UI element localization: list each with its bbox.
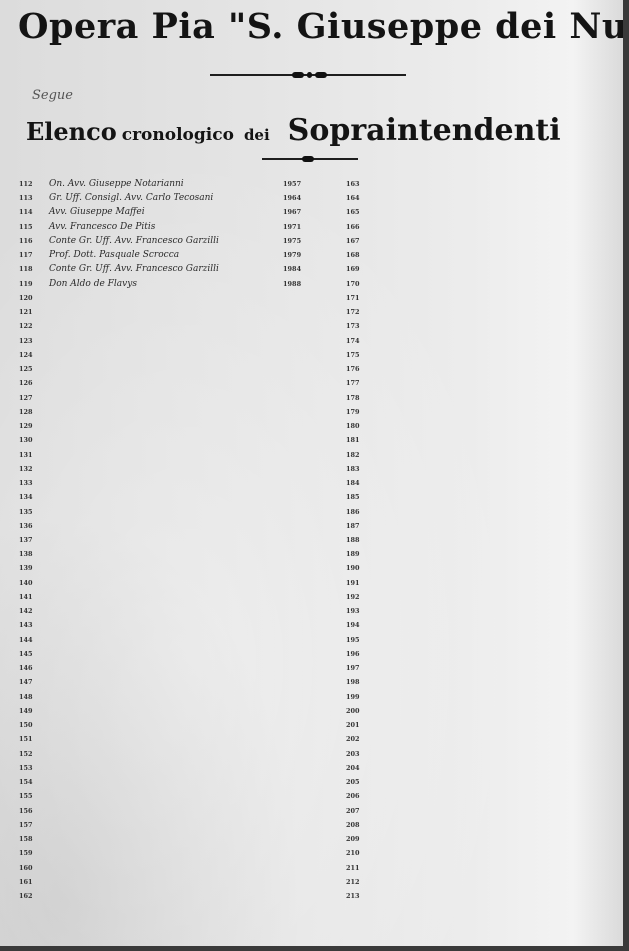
entry-number: 190 (346, 562, 360, 574)
subtitle-word-dei: dei (244, 126, 270, 144)
entry-year: 1979 (283, 249, 301, 261)
left-register-column: 112On. Avv. Giuseppe Notarianni1957113Gr… (19, 178, 319, 908)
entry-number: 194 (346, 619, 360, 631)
entry-year: 1957 (283, 178, 301, 190)
entry-name: On. Avv. Giuseppe Notarianni (49, 178, 184, 190)
entry-number: 165 (346, 206, 360, 218)
entry-number: 210 (346, 847, 360, 859)
entry-number: 131 (19, 449, 33, 461)
register-row: 161 (19, 876, 319, 888)
register-row: 144 (19, 634, 319, 646)
entry-number: 176 (346, 363, 360, 375)
entry-number: 155 (19, 790, 33, 802)
segue-label: Segue (32, 88, 73, 103)
entry-number: 178 (346, 392, 360, 404)
register-row: 141 (19, 591, 319, 603)
entry-number: 123 (19, 335, 33, 347)
entry-year: 1971 (283, 221, 301, 233)
register-row: 156 (19, 805, 319, 817)
entry-number: 179 (346, 406, 360, 418)
entry-number: 198 (346, 676, 360, 688)
register-row: 142 (19, 605, 319, 617)
entry-number: 116 (19, 235, 33, 247)
entry-number: 112 (19, 178, 33, 190)
entry-name: Conte Gr. Uff. Avv. Francesco Garzilli (49, 235, 219, 247)
entry-number: 200 (346, 705, 360, 717)
entry-number: 150 (19, 719, 33, 731)
page-shadow-edge (0, 946, 629, 951)
entry-year: 1975 (283, 235, 301, 247)
register-row: 130 (19, 434, 319, 446)
register-row: 131 (19, 449, 319, 461)
entry-number: 129 (19, 420, 33, 432)
entry-number: 208 (346, 819, 360, 831)
document-subtitle: ElencocronologicodeiSopraintendenti (26, 113, 561, 148)
entry-number: 147 (19, 676, 33, 688)
entry-number: 159 (19, 847, 33, 859)
register-row: 150 (19, 719, 319, 731)
entry-name: Gr. Uff. Consigl. Avv. Carlo Tecosani (49, 192, 213, 204)
register-row: 155 (19, 790, 319, 802)
entry-number: 127 (19, 392, 33, 404)
entry-number: 114 (19, 206, 33, 218)
entry-number: 120 (19, 292, 33, 304)
entry-name: Avv. Francesco De Pitis (49, 221, 155, 233)
entry-number: 170 (346, 278, 360, 290)
register-row: 133 (19, 477, 319, 489)
register-row: 134 (19, 491, 319, 503)
entry-number: 193 (346, 605, 360, 617)
entry-number: 201 (346, 719, 360, 731)
register-row: 148 (19, 691, 319, 703)
entry-number: 140 (19, 577, 33, 589)
document-title: Opera Pia "S. Giuseppe dei Nudi.. (18, 6, 618, 47)
entry-number: 128 (19, 406, 33, 418)
register-row: 137 (19, 534, 319, 546)
entry-number: 126 (19, 377, 33, 389)
entry-year: 1964 (283, 192, 301, 204)
entry-name: Don Aldo de Flavys (49, 278, 137, 290)
register-row: 159 (19, 847, 319, 859)
register-row: 151 (19, 733, 319, 745)
register-row: 117Prof. Dott. Pasquale Scrocca1979 (19, 249, 319, 261)
register-row: 143 (19, 619, 319, 631)
entry-number: 136 (19, 520, 33, 532)
entry-number: 161 (19, 876, 33, 888)
register-row: 149 (19, 705, 319, 717)
entry-number: 139 (19, 562, 33, 574)
entry-number: 137 (19, 534, 33, 546)
register-row: 160 (19, 862, 319, 874)
entry-number: 213 (346, 890, 360, 902)
register-row: 158 (19, 833, 319, 845)
register-row: 154 (19, 776, 319, 788)
title-divider (210, 74, 406, 76)
entry-year: 1984 (283, 263, 301, 275)
entry-number: 173 (346, 320, 360, 332)
entry-number: 182 (346, 449, 360, 461)
right-register-column: 1631641651661671681691701711721731741751… (346, 178, 406, 908)
entry-number: 121 (19, 306, 33, 318)
entry-number: 169 (346, 263, 360, 275)
entry-number: 183 (346, 463, 360, 475)
register-row: 125 (19, 363, 319, 375)
register-row: 120 (19, 292, 319, 304)
subtitle-word-sopraintendenti: Sopraintendenti (288, 113, 561, 148)
entry-number: 187 (346, 520, 360, 532)
entry-number: 124 (19, 349, 33, 361)
entry-number: 156 (19, 805, 33, 817)
entry-year: 1988 (283, 278, 301, 290)
register-row: 122 (19, 320, 319, 332)
entry-number: 113 (19, 192, 33, 204)
entry-name: Avv. Giuseppe Maffei (49, 206, 145, 218)
register-row: 146 (19, 662, 319, 674)
divider-ornament-icon (302, 156, 314, 162)
entry-number: 115 (19, 221, 33, 233)
entry-number: 180 (346, 420, 360, 432)
entry-number: 196 (346, 648, 360, 660)
entry-number: 175 (346, 349, 360, 361)
entry-name: Conte Gr. Uff. Avv. Francesco Garzilli (49, 263, 219, 275)
entry-number: 143 (19, 619, 33, 631)
entry-number: 138 (19, 548, 33, 560)
entry-number: 174 (346, 335, 360, 347)
register-row: 115Avv. Francesco De Pitis1971 (19, 221, 319, 233)
register-row: 140 (19, 577, 319, 589)
entry-number: 207 (346, 805, 360, 817)
entry-number: 148 (19, 691, 33, 703)
register-row: 157 (19, 819, 319, 831)
entry-number: 199 (346, 691, 360, 703)
entry-number: 166 (346, 221, 360, 233)
entry-number: 151 (19, 733, 33, 745)
entry-number: 125 (19, 363, 33, 375)
register-row: 112On. Avv. Giuseppe Notarianni1957 (19, 178, 319, 190)
entry-number: 134 (19, 491, 33, 503)
entry-number: 209 (346, 833, 360, 845)
register-row: 126 (19, 377, 319, 389)
entry-number: 181 (346, 434, 360, 446)
entry-number: 153 (19, 762, 33, 774)
register-row: 147 (19, 676, 319, 688)
entry-number: 132 (19, 463, 33, 475)
entry-number: 119 (19, 278, 33, 290)
subtitle-word-cronologico: cronologico (122, 125, 234, 145)
entry-number: 144 (19, 634, 33, 646)
register-row: 152 (19, 748, 319, 760)
register-row: 121 (19, 306, 319, 318)
subtitle-divider (262, 158, 358, 160)
entry-number: 204 (346, 762, 360, 774)
entry-number: 188 (346, 534, 360, 546)
subtitle-word-elenco: Elenco (26, 117, 117, 146)
entry-number: 195 (346, 634, 360, 646)
register-row: 153 (19, 762, 319, 774)
divider-ornament-icon (292, 72, 304, 78)
register-row: 132 (19, 463, 319, 475)
entry-number: 163 (346, 178, 360, 190)
entry-number: 171 (346, 292, 360, 304)
entry-number: 168 (346, 249, 360, 261)
entry-number: 157 (19, 819, 33, 831)
register-row: 139 (19, 562, 319, 574)
entry-number: 167 (346, 235, 360, 247)
entry-number: 162 (19, 890, 33, 902)
entry-number: 122 (19, 320, 33, 332)
register-row: 136 (19, 520, 319, 532)
register-row: 113Gr. Uff. Consigl. Avv. Carlo Tecosani… (19, 192, 319, 204)
entry-number: 212 (346, 876, 360, 888)
entry-number: 206 (346, 790, 360, 802)
register-row: 116Conte Gr. Uff. Avv. Francesco Garzill… (19, 235, 319, 247)
entry-number: 185 (346, 491, 360, 503)
entry-number: 135 (19, 506, 33, 518)
entry-number: 186 (346, 506, 360, 518)
divider-ornament-icon (315, 72, 327, 78)
entry-number: 130 (19, 434, 33, 446)
entry-number: 118 (19, 263, 33, 275)
entry-number: 203 (346, 748, 360, 760)
register-row: 124 (19, 349, 319, 361)
register-row: 145 (19, 648, 319, 660)
register-row: 114Avv. Giuseppe Maffei1967 (19, 206, 319, 218)
entry-number: 197 (346, 662, 360, 674)
register-row: 138 (19, 548, 319, 560)
entry-number: 146 (19, 662, 33, 674)
entry-number: 141 (19, 591, 33, 603)
entry-number: 189 (346, 548, 360, 560)
document-page: Opera Pia "S. Giuseppe dei Nudi.. Segue … (0, 0, 623, 946)
register-row: 123 (19, 335, 319, 347)
register-row: 119Don Aldo de Flavys1988 (19, 278, 319, 290)
register-row: 135 (19, 506, 319, 518)
entry-number: 184 (346, 477, 360, 489)
entry-name: Prof. Dott. Pasquale Scrocca (49, 249, 179, 261)
entry-number: 172 (346, 306, 360, 318)
entry-number: 192 (346, 591, 360, 603)
entry-number: 164 (346, 192, 360, 204)
register-row: 128 (19, 406, 319, 418)
entry-number: 177 (346, 377, 360, 389)
entry-year: 1967 (283, 206, 301, 218)
entry-number: 202 (346, 733, 360, 745)
entry-number: 158 (19, 833, 33, 845)
entry-number: 205 (346, 776, 360, 788)
entry-number: 154 (19, 776, 33, 788)
register-row: 162 (19, 890, 319, 902)
entry-number: 149 (19, 705, 33, 717)
register-row: 129 (19, 420, 319, 432)
entry-number: 160 (19, 862, 33, 874)
entry-number: 152 (19, 748, 33, 760)
entry-number: 191 (346, 577, 360, 589)
entry-number: 142 (19, 605, 33, 617)
divider-ornament-icon (307, 72, 312, 78)
register-row: 118Conte Gr. Uff. Avv. Francesco Garzill… (19, 263, 319, 275)
entry-number: 117 (19, 249, 33, 261)
register-row: 127 (19, 392, 319, 404)
entry-number: 145 (19, 648, 33, 660)
entry-number: 133 (19, 477, 33, 489)
entry-number: 211 (346, 862, 360, 874)
